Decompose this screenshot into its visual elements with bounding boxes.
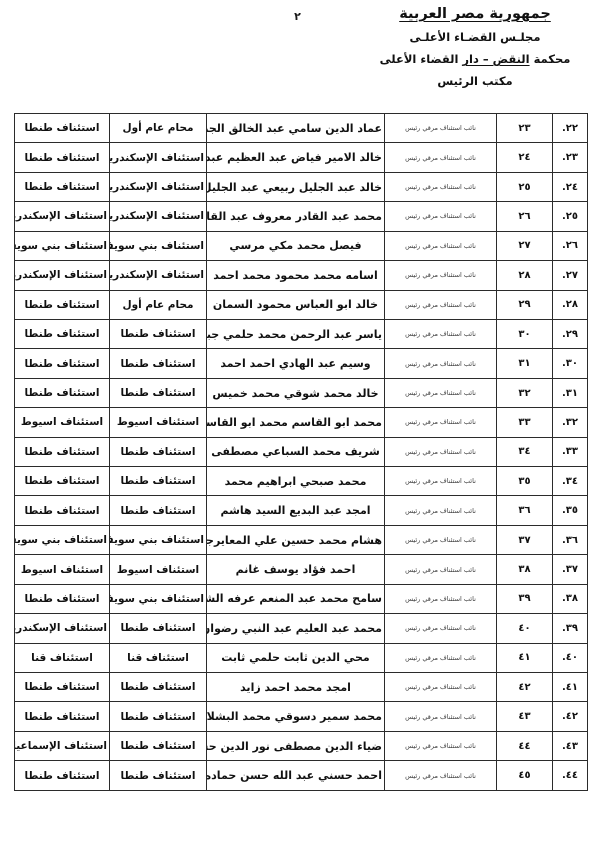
rank-cell: نائب استئناف مرقي رئيس	[385, 231, 497, 260]
serial-cell: ٢٦.	[553, 231, 588, 260]
supreme-council-line: مجلـس القضـاء الأعلـى	[350, 30, 595, 44]
rank-cell: نائب استئناف مرقي رئيس	[385, 761, 497, 791]
sequence-number-cell: ٤١	[497, 643, 553, 672]
assigned-court-cell: استئناف طنطا	[15, 496, 110, 525]
rank-cell: نائب استئناف مرقي رئيس	[385, 319, 497, 348]
name-cell: ضياء الدين مصطفى نور الدين حسين فريد	[207, 731, 385, 760]
rank-cell: نائب استئناف مرقي رئيس	[385, 731, 497, 760]
assigned-court-cell: استئناف الإسكندرية	[15, 614, 110, 643]
name-cell: امجد عبد البديع السيد هاشم	[207, 496, 385, 525]
rank-cell: نائب استئناف مرقي رئيس	[385, 378, 497, 407]
serial-cell: ٢٨.	[553, 290, 588, 319]
current-court-cell: استئناف الإسكندرية	[110, 202, 207, 231]
name-cell: محمد عبد القادر معروف عبد القادر	[207, 202, 385, 231]
assigned-court-cell: استئناف طنطا	[15, 114, 110, 143]
table-row: ٤٠.٤١نائب استئناف مرقي رئيسمحي الدين ثاب…	[15, 643, 588, 672]
current-court-cell: استئناف طنطا	[110, 702, 207, 731]
serial-cell: ٣٤.	[553, 467, 588, 496]
assigned-court-cell: استئناف طنطا	[15, 378, 110, 407]
serial-cell: ٣١.	[553, 378, 588, 407]
name-cell: محمد ابو القاسم محمد ابو القاسم	[207, 408, 385, 437]
sequence-number-cell: ٣٤	[497, 437, 553, 466]
name-cell: خالد عبد الجليل ربيعي عبد الجليل	[207, 172, 385, 201]
assigned-court-cell: استئناف طنطا	[15, 673, 110, 702]
assigned-court-cell: استئناف طنطا	[15, 584, 110, 613]
table-row: ٣٠.٣١نائب استئناف مرقي رئيسوسيم عبد الها…	[15, 349, 588, 378]
rank-cell: نائب استئناف مرقي رئيس	[385, 702, 497, 731]
current-court-cell: استئناف بني سويف	[110, 584, 207, 613]
assigned-court-cell: استئناف الإسكندرية	[15, 202, 110, 231]
rank-cell: نائب استئناف مرقي رئيس	[385, 496, 497, 525]
serial-cell: ٣٠.	[553, 349, 588, 378]
serial-cell: ٣٨.	[553, 584, 588, 613]
serial-cell: ٢٧.	[553, 261, 588, 290]
sequence-number-cell: ٣٩	[497, 584, 553, 613]
roster-table: ٢٢.٢٣نائب استئناف مرقي رئيسعماد الدين سا…	[14, 113, 588, 791]
assigned-court-cell: استئناف طنطا	[15, 349, 110, 378]
serial-cell: ٢٢.	[553, 114, 588, 143]
assigned-court-cell: استئناف طنطا	[15, 290, 110, 319]
serial-cell: ٣٧.	[553, 555, 588, 584]
name-cell: محمد صبحي ابراهيم محمد	[207, 467, 385, 496]
table-row: ٢٤.٢٥نائب استئناف مرقي رئيسخالد عبد الجل…	[15, 172, 588, 201]
sequence-number-cell: ٢٤	[497, 143, 553, 172]
rank-cell: نائب استئناف مرقي رئيس	[385, 643, 497, 672]
sequence-number-cell: ٢٧	[497, 231, 553, 260]
serial-cell: ٢٥.	[553, 202, 588, 231]
table-row: ٤٢.٤٣نائب استئناف مرقي رئيسمحمد سمير دسو…	[15, 702, 588, 731]
serial-cell: ٤٢.	[553, 702, 588, 731]
sequence-number-cell: ٢٩	[497, 290, 553, 319]
current-court-cell: استئناف بني سويف	[110, 231, 207, 260]
assigned-court-cell: استئناف طنطا	[15, 319, 110, 348]
rank-cell: نائب استئناف مرقي رئيس	[385, 673, 497, 702]
sequence-number-cell: ٣٥	[497, 467, 553, 496]
rank-cell: نائب استئناف مرقي رئيس	[385, 114, 497, 143]
rank-cell: نائب استئناف مرقي رئيس	[385, 290, 497, 319]
rank-cell: نائب استئناف مرقي رئيس	[385, 261, 497, 290]
name-cell: امجد محمد احمد زايد	[207, 673, 385, 702]
republic-title: جمهورية مصر العربية	[350, 6, 595, 22]
current-court-cell: استئناف قنا	[110, 643, 207, 672]
name-cell: عماد الدين سامي عبد الخالق الجندي	[207, 114, 385, 143]
assigned-court-cell: استئناف الإسماعيلية	[15, 731, 110, 760]
court-line-suffix: القضاء الأعلى	[380, 52, 463, 66]
table-row: ٢٨.٢٩نائب استئناف مرقي رئيسخالد ابو العب…	[15, 290, 588, 319]
president-office-line: مكتب الرئيس	[350, 74, 595, 88]
sequence-number-cell: ٣٦	[497, 496, 553, 525]
document-page: { "page": { "page_number": "٢" }, "heade…	[0, 0, 595, 842]
sequence-number-cell: ٣١	[497, 349, 553, 378]
court-line-prefix: محكمة	[530, 52, 571, 66]
assigned-court-cell: استئناف طنطا	[15, 143, 110, 172]
name-cell: احمد حسني عبد الله حسن حماده	[207, 761, 385, 791]
name-cell: خالد ابو العباس محمود السمان	[207, 290, 385, 319]
current-court-cell: استئناف اسيوط	[110, 555, 207, 584]
assigned-court-cell: استئناف قنا	[15, 643, 110, 672]
cassation-court-line: محكمة النقض – دار القضاء الأعلى	[350, 52, 595, 66]
assigned-court-cell: استئناف بني سويف	[15, 231, 110, 260]
name-cell: هشام محمد حسين علي المعايرجي	[207, 525, 385, 554]
sequence-number-cell: ٣٨	[497, 555, 553, 584]
name-cell: وسيم عبد الهادي احمد احمد	[207, 349, 385, 378]
serial-cell: ٤٤.	[553, 761, 588, 791]
serial-cell: ٣٩.	[553, 614, 588, 643]
current-court-cell: استئناف طنطا	[110, 673, 207, 702]
sequence-number-cell: ٢٣	[497, 114, 553, 143]
sequence-number-cell: ٣٠	[497, 319, 553, 348]
current-court-cell: استئناف طنطا	[110, 614, 207, 643]
name-cell: محمد سمير دسوقي محمد البشلاوي	[207, 702, 385, 731]
name-cell: اسامه محمد محمود محمد احمد	[207, 261, 385, 290]
sequence-number-cell: ٢٨	[497, 261, 553, 290]
sequence-number-cell: ٣٢	[497, 378, 553, 407]
current-court-cell: استئناف طنطا	[110, 761, 207, 791]
table-row: ٣٨.٣٩نائب استئناف مرقي رئيسسامح محمد عبد…	[15, 584, 588, 613]
current-court-cell: استئناف طنطا	[110, 437, 207, 466]
serial-cell: ٢٩.	[553, 319, 588, 348]
table-row: ٢٦.٢٧نائب استئناف مرقي رئيسفيصل محمد مكي…	[15, 231, 588, 260]
table-row: ٢٩.٣٠نائب استئناف مرقي رئيسياسر عبد الرح…	[15, 319, 588, 348]
rank-cell: نائب استئناف مرقي رئيس	[385, 172, 497, 201]
assigned-court-cell: استئناف طنطا	[15, 172, 110, 201]
sequence-number-cell: ٢٦	[497, 202, 553, 231]
name-cell: فيصل محمد مكي مرسي	[207, 231, 385, 260]
rank-cell: نائب استئناف مرقي رئيس	[385, 143, 497, 172]
current-court-cell: استئناف طنطا	[110, 349, 207, 378]
court-line-underlined: النقض – دار	[462, 52, 529, 66]
table-row: ٤٣.٤٤نائب استئناف مرقي رئيسضياء الدين مص…	[15, 731, 588, 760]
current-court-cell: محام عام أول	[110, 290, 207, 319]
table-row: ٣٧.٣٨نائب استئناف مرقي رئيساحمد فؤاد يوس…	[15, 555, 588, 584]
name-cell: شريف محمد السباعي مصطفى	[207, 437, 385, 466]
sequence-number-cell: ٤٤	[497, 731, 553, 760]
sequence-number-cell: ٤٥	[497, 761, 553, 791]
table-row: ٣٦.٣٧نائب استئناف مرقي رئيسهشام محمد حسي…	[15, 525, 588, 554]
sequence-number-cell: ٤٠	[497, 614, 553, 643]
serial-cell: ٣٣.	[553, 437, 588, 466]
serial-cell: ٤٣.	[553, 731, 588, 760]
rank-cell: نائب استئناف مرقي رئيس	[385, 202, 497, 231]
serial-cell: ٢٤.	[553, 172, 588, 201]
serial-cell: ٤١.	[553, 673, 588, 702]
name-cell: سامح محمد عبد المنعم عرفه الشيخ	[207, 584, 385, 613]
current-court-cell: استئناف طنطا	[110, 319, 207, 348]
rank-cell: نائب استئناف مرقي رئيس	[385, 584, 497, 613]
name-cell: احمد فؤاد يوسف غانم	[207, 555, 385, 584]
rank-cell: نائب استئناف مرقي رئيس	[385, 437, 497, 466]
table-row: ٣٢.٣٣نائب استئناف مرقي رئيسمحمد ابو القا…	[15, 408, 588, 437]
table-row: ٣٣.٣٤نائب استئناف مرقي رئيسشريف محمد الس…	[15, 437, 588, 466]
current-court-cell: استئناف الإسكندرية	[110, 261, 207, 290]
document-header: جمهورية مصر العربية مجلـس القضـاء الأعلـ…	[350, 6, 595, 88]
table-row: ٣٩.٤٠نائب استئناف مرقي رئيسمحمد عبد العل…	[15, 614, 588, 643]
serial-cell: ٤٠.	[553, 643, 588, 672]
table-row: ٢٧.٢٨نائب استئناف مرقي رئيساسامه محمد مح…	[15, 261, 588, 290]
rank-cell: نائب استئناف مرقي رئيس	[385, 408, 497, 437]
rank-cell: نائب استئناف مرقي رئيس	[385, 467, 497, 496]
assigned-court-cell: استئناف طنطا	[15, 437, 110, 466]
table-row: ٢٥.٢٦نائب استئناف مرقي رئيسمحمد عبد القا…	[15, 202, 588, 231]
assigned-court-cell: استئناف طنطا	[15, 467, 110, 496]
name-cell: ياسر عبد الرحمن محمد حلمي جبران	[207, 319, 385, 348]
table-row: ٣٥.٣٦نائب استئناف مرقي رئيسامجد عبد البد…	[15, 496, 588, 525]
serial-cell: ٢٣.	[553, 143, 588, 172]
assigned-court-cell: استئناف بني سويف	[15, 525, 110, 554]
current-court-cell: استئناف الإسكندرية	[110, 143, 207, 172]
current-court-cell: استئناف طنطا	[110, 731, 207, 760]
current-court-cell: استئناف بني سويف	[110, 525, 207, 554]
current-court-cell: محام عام أول	[110, 114, 207, 143]
assigned-court-cell: استئناف اسيوط	[15, 408, 110, 437]
rank-cell: نائب استئناف مرقي رئيس	[385, 614, 497, 643]
name-cell: محمد عبد العليم عبد النبي رضوان	[207, 614, 385, 643]
rank-cell: نائب استئناف مرقي رئيس	[385, 555, 497, 584]
serial-cell: ٣٥.	[553, 496, 588, 525]
assigned-court-cell: استئناف طنطا	[15, 702, 110, 731]
roster-table-body: ٢٢.٢٣نائب استئناف مرقي رئيسعماد الدين سا…	[15, 114, 588, 791]
table-row: ٤١.٤٢نائب استئناف مرقي رئيسامجد محمد احم…	[15, 673, 588, 702]
sequence-number-cell: ٣٣	[497, 408, 553, 437]
current-court-cell: استئناف طنطا	[110, 378, 207, 407]
current-court-cell: استئناف طنطا	[110, 496, 207, 525]
sequence-number-cell: ٤٢	[497, 673, 553, 702]
table-row: ٢٢.٢٣نائب استئناف مرقي رئيسعماد الدين سا…	[15, 114, 588, 143]
sequence-number-cell: ٣٧	[497, 525, 553, 554]
rank-cell: نائب استئناف مرقي رئيس	[385, 525, 497, 554]
table-row: ٢٣.٢٤نائب استئناف مرقي رئيسخالد الامير ف…	[15, 143, 588, 172]
rank-cell: نائب استئناف مرقي رئيس	[385, 349, 497, 378]
assigned-court-cell: استئناف طنطا	[15, 761, 110, 791]
assigned-court-cell: استئناف الإسكندرية	[15, 261, 110, 290]
serial-cell: ٣٦.	[553, 525, 588, 554]
serial-cell: ٣٢.	[553, 408, 588, 437]
name-cell: خالد محمد شوقي محمد خميس	[207, 378, 385, 407]
name-cell: خالد الامير فياض عبد العظيم عبد الحافظ	[207, 143, 385, 172]
current-court-cell: استئناف اسيوط	[110, 408, 207, 437]
current-court-cell: استئناف طنطا	[110, 467, 207, 496]
sequence-number-cell: ٢٥	[497, 172, 553, 201]
table-row: ٣٤.٣٥نائب استئناف مرقي رئيسمحمد صبحي ابر…	[15, 467, 588, 496]
sequence-number-cell: ٤٣	[497, 702, 553, 731]
name-cell: محي الدين ثابت حلمي ثابت	[207, 643, 385, 672]
assigned-court-cell: استئناف اسيوط	[15, 555, 110, 584]
current-court-cell: استئناف الإسكندرية	[110, 172, 207, 201]
table-row: ٣١.٣٢نائب استئناف مرقي رئيسخالد محمد شوق…	[15, 378, 588, 407]
table-row: ٤٤.٤٥نائب استئناف مرقي رئيساحمد حسني عبد…	[15, 761, 588, 791]
